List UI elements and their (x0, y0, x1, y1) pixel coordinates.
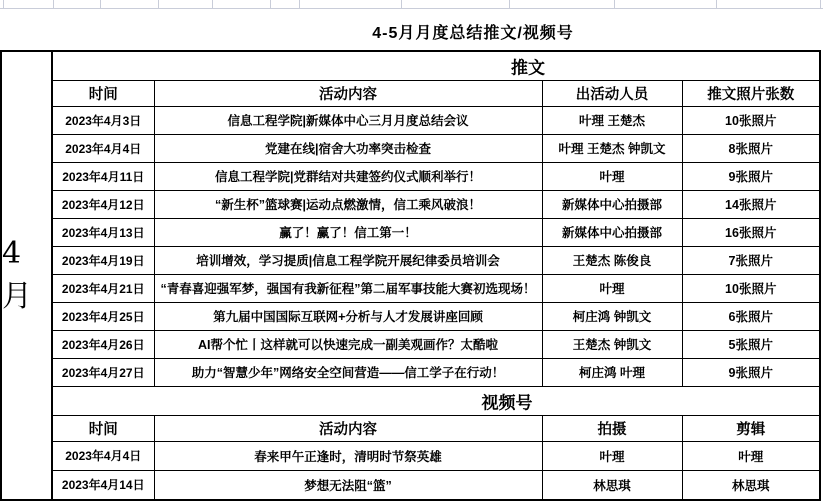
spreadsheet-top-row (0, 0, 823, 9)
video-header-row: 时间 活动内容 拍摄 剪辑 (52, 415, 820, 441)
tweet-section-header-cell[interactable]: 推文 (52, 51, 820, 80)
content-header-cell[interactable]: 活动内容 (154, 415, 542, 441)
tweet-row: 2023年4月25日 第九届中国国际互联网+分析与人才发展讲座回顾 柯庄鸿 钟凯… (52, 302, 820, 330)
date-cell[interactable]: 2023年4月4日 (52, 134, 154, 162)
summary-table: 4月 推文 时间 活动内容 出活动人员 推文照片张数 2023年4月3日 信息工… (0, 50, 821, 501)
photos-cell[interactable]: 10张照片 (682, 274, 820, 302)
content-cell[interactable]: 第九届中国国际互联网+分析与人才发展讲座回顾 (154, 302, 542, 330)
shoot-header-cell[interactable]: 拍摄 (542, 415, 682, 441)
time-header-cell[interactable]: 时间 (52, 415, 154, 441)
photos-cell[interactable]: 9张照片 (682, 358, 820, 386)
grid-line (299, 0, 300, 8)
shoot-cell[interactable]: 林思琪 (542, 470, 682, 500)
tweet-row: 2023年4月26日 AI帮个忙丨这样就可以快速完成一副美观画作？太酷啦 王楚杰… (52, 330, 820, 358)
people-cell[interactable]: 柯庄鸿 叶理 (542, 358, 682, 386)
date-cell[interactable]: 2023年4月27日 (52, 358, 154, 386)
people-cell[interactable]: 叶理 王楚杰 钟凯文 (542, 134, 682, 162)
content-header-cell[interactable]: 活动内容 (154, 80, 542, 106)
people-cell[interactable]: 王楚杰 陈俊良 (542, 246, 682, 274)
content-cell[interactable]: “新生杯”篮球赛|运动点燃激情，信工乘风破浪！ (154, 190, 542, 218)
tweet-row: 2023年4月13日 赢了！赢了！信工第一！ 新媒体中心拍摄部 16张照片 (52, 218, 820, 246)
page-title: 4-5月月度总结推文/视频号 (372, 20, 574, 43)
edit-cell[interactable]: 叶理 (682, 441, 820, 470)
time-header-cell[interactable]: 时间 (52, 80, 154, 106)
tweet-row: 2023年4月27日 助力“智慧少年”网络安全空间营造——信工学子在行动！ 柯庄… (52, 358, 820, 386)
content-table: 推文 时间 活动内容 出活动人员 推文照片张数 2023年4月3日 信息工程学院… (51, 50, 821, 501)
edit-cell[interactable]: 林思琪 (682, 470, 820, 500)
tweet-row: 2023年4月21日 “青春喜迎强军梦，强国有我新征程”第二届军事技能大赛初选现… (52, 274, 820, 302)
grid-line (158, 0, 159, 8)
photos-cell[interactable]: 10张照片 (682, 106, 820, 134)
grid-line (3, 0, 4, 8)
date-cell[interactable]: 2023年4月11日 (52, 162, 154, 190)
tweet-section-title: 推文 (511, 53, 545, 78)
photos-cell[interactable]: 9张照片 (682, 162, 820, 190)
tweet-row: 2023年4月12日 “新生杯”篮球赛|运动点燃激情，信工乘风破浪！ 新媒体中心… (52, 190, 820, 218)
people-cell[interactable]: 王楚杰 钟凯文 (542, 330, 682, 358)
video-row: 2023年4月14日 梦想无法阻“篮” 林思琪 林思琪 (52, 470, 820, 500)
tweet-row: 2023年4月11日 信息工程学院|党群结对共建签约仪式顺利举行！ 叶理 9张照… (52, 162, 820, 190)
people-cell[interactable]: 新媒体中心拍摄部 (542, 190, 682, 218)
photos-cell[interactable]: 8张照片 (682, 134, 820, 162)
date-cell[interactable]: 2023年4月19日 (52, 246, 154, 274)
content-cell[interactable]: “青春喜迎强军梦，强国有我新征程”第二届军事技能大赛初选现场！ (154, 274, 542, 302)
photos-header-cell[interactable]: 推文照片张数 (682, 80, 820, 106)
people-header-cell[interactable]: 出活动人员 (542, 80, 682, 106)
date-cell[interactable]: 2023年4月13日 (52, 218, 154, 246)
content-cell[interactable]: 助力“智慧少年”网络安全空间营造——信工学子在行动！ (154, 358, 542, 386)
content-cell[interactable]: 赢了！赢了！信工第一！ (154, 218, 542, 246)
video-section-title: 视频号 (482, 388, 533, 413)
content-cell[interactable]: 党建在线|宿舍大功率突击检查 (154, 134, 542, 162)
video-row: 2023年4月4日 春来甲午正逢时，清明时节祭英雄 叶理 叶理 (52, 441, 820, 470)
content-cell[interactable]: 信息工程学院|新媒体中心三月月度总结会议 (154, 106, 542, 134)
date-cell[interactable]: 2023年4月14日 (52, 470, 154, 500)
people-cell[interactable]: 叶理 (542, 274, 682, 302)
grid-line (401, 0, 402, 8)
content-cell[interactable]: AI帮个忙丨这样就可以快速完成一副美观画作？太酷啦 (154, 330, 542, 358)
photos-cell[interactable]: 14张照片 (682, 190, 820, 218)
video-section-header-cell[interactable]: 视频号 (52, 386, 820, 415)
date-cell[interactable]: 2023年4月25日 (52, 302, 154, 330)
grid-line (614, 0, 615, 8)
content-cell[interactable]: 信息工程学院|党群结对共建签约仪式顺利举行！ (154, 162, 542, 190)
photos-cell[interactable]: 5张照片 (682, 330, 820, 358)
grid-line (716, 0, 717, 8)
content-cell[interactable]: 培训增效，学习提质|信息工程学院开展纪律委员培训会 (154, 246, 542, 274)
people-cell[interactable]: 柯庄鸿 钟凯文 (542, 302, 682, 330)
date-cell[interactable]: 2023年4月3日 (52, 106, 154, 134)
month-label: 4月 (2, 236, 51, 315)
date-cell[interactable]: 2023年4月21日 (52, 274, 154, 302)
grid-line (509, 0, 510, 8)
tweet-row: 2023年4月4日 党建在线|宿舍大功率突击检查 叶理 王楚杰 钟凯文 8张照片 (52, 134, 820, 162)
tweet-header-row: 时间 活动内容 出活动人员 推文照片张数 (52, 80, 820, 106)
edit-header-cell[interactable]: 剪辑 (682, 415, 820, 441)
month-label-cell[interactable]: 4月 (0, 50, 51, 501)
date-cell[interactable]: 2023年4月12日 (52, 190, 154, 218)
grid-line (100, 0, 101, 8)
people-cell[interactable]: 叶理 (542, 162, 682, 190)
shoot-cell[interactable]: 叶理 (542, 441, 682, 470)
date-cell[interactable]: 2023年4月26日 (52, 330, 154, 358)
tweet-row: 2023年4月19日 培训增效，学习提质|信息工程学院开展纪律委员培训会 王楚杰… (52, 246, 820, 274)
grid-line (53, 0, 54, 8)
grid-line (270, 0, 271, 8)
photos-cell[interactable]: 16张照片 (682, 218, 820, 246)
photos-cell[interactable]: 6张照片 (682, 302, 820, 330)
grid-line (212, 0, 213, 8)
content-cell[interactable]: 春来甲午正逢时，清明时节祭英雄 (154, 441, 542, 470)
content-cell[interactable]: 梦想无法阻“篮” (154, 470, 542, 500)
date-cell[interactable]: 2023年4月4日 (52, 441, 154, 470)
people-cell[interactable]: 新媒体中心拍摄部 (542, 218, 682, 246)
photos-cell[interactable]: 7张照片 (682, 246, 820, 274)
people-cell[interactable]: 叶理 王楚杰 (542, 106, 682, 134)
grid-line (820, 0, 821, 8)
tweet-row: 2023年4月3日 信息工程学院|新媒体中心三月月度总结会议 叶理 王楚杰 10… (52, 106, 820, 134)
